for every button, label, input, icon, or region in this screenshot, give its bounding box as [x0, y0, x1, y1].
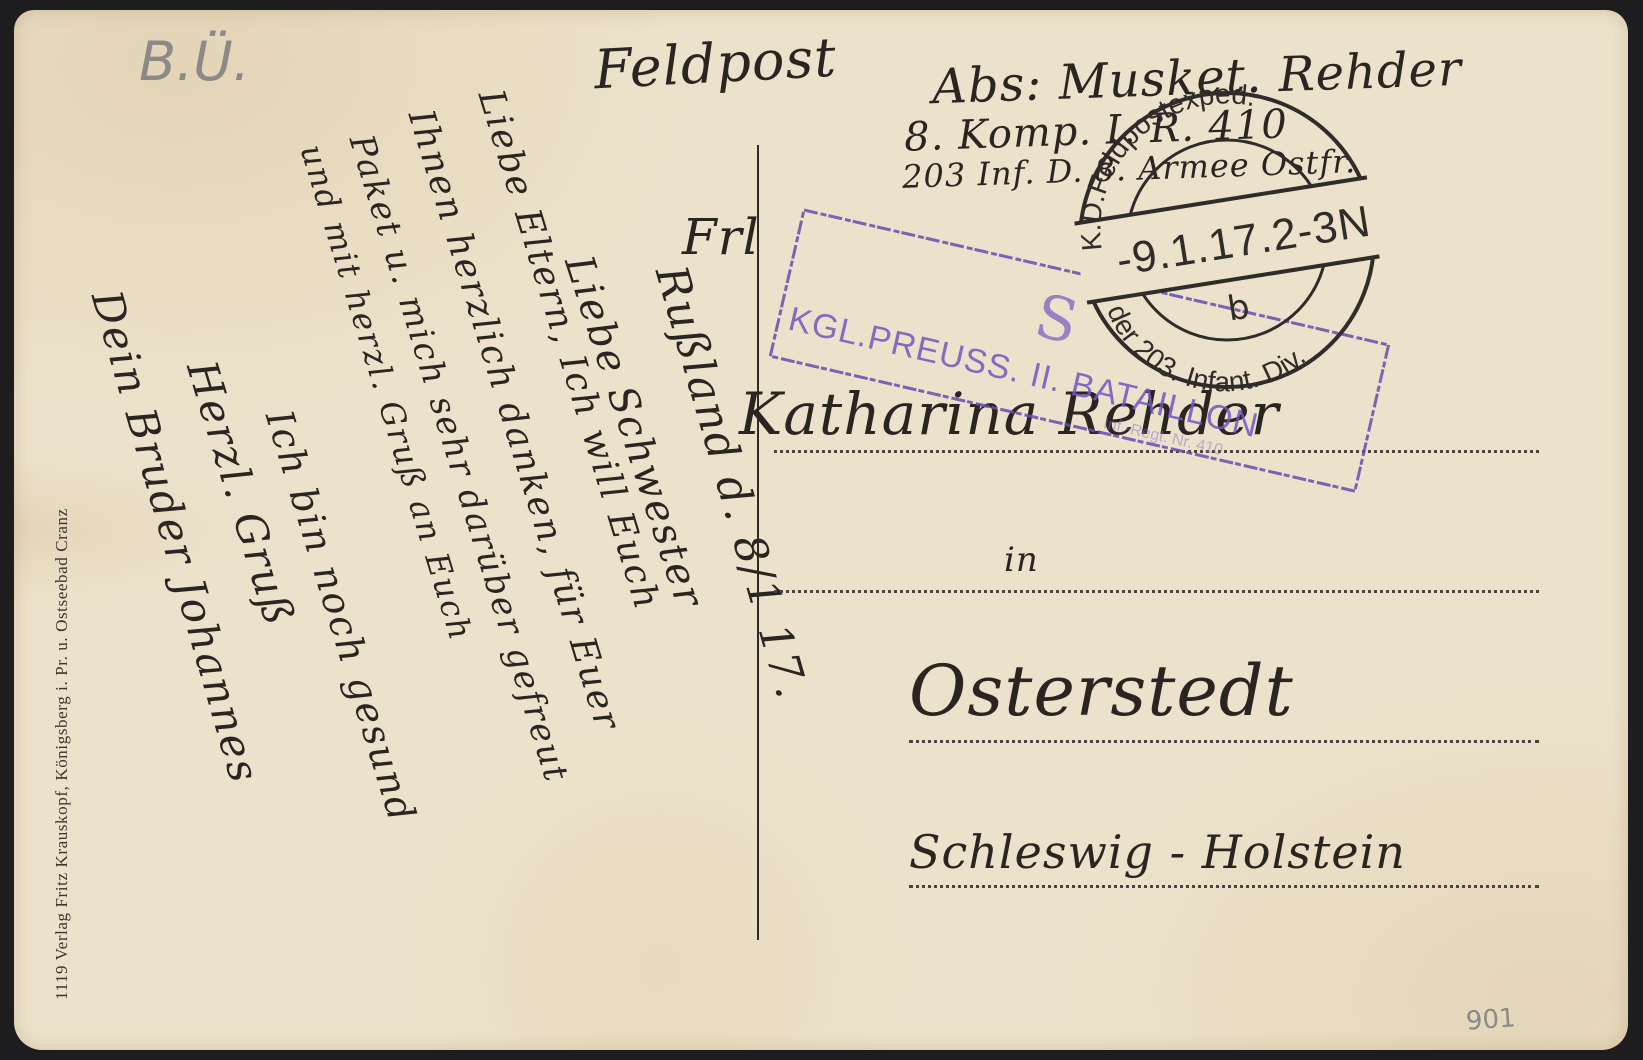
- publisher-imprint: 1119 Verlag Fritz Krauskopf, Königsberg …: [52, 508, 72, 1000]
- recipient-region: Schleswig - Holstein: [909, 825, 1406, 879]
- address-line-3: [909, 740, 1539, 743]
- feldpost-header: Feldpost: [593, 26, 839, 102]
- pencil-note-bottom: 901: [1465, 1003, 1517, 1036]
- postcard: 1119 Verlag Fritz Krauskopf, Königsberg …: [14, 10, 1628, 1050]
- postmark-letter: b: [1225, 287, 1253, 330]
- postmark-date: -9.1.17.2-3N: [1113, 197, 1374, 286]
- pencil-note-top: B.Ü.: [139, 30, 250, 93]
- address-line-1: [774, 450, 1539, 453]
- recipient-town: Osterstedt: [909, 650, 1294, 732]
- address-line-4: [909, 885, 1539, 888]
- address-line-2: [774, 590, 1539, 593]
- recipient-preposition: in: [1004, 540, 1039, 580]
- recipient-name: Katharina Rehder: [739, 380, 1279, 448]
- unit-cachet: S KGL.PREUSS. II. BATAILLON Inf.-Regt. N…: [770, 210, 1388, 491]
- cachet-letter: S: [1028, 281, 1084, 358]
- salutation: Frl: [682, 208, 760, 266]
